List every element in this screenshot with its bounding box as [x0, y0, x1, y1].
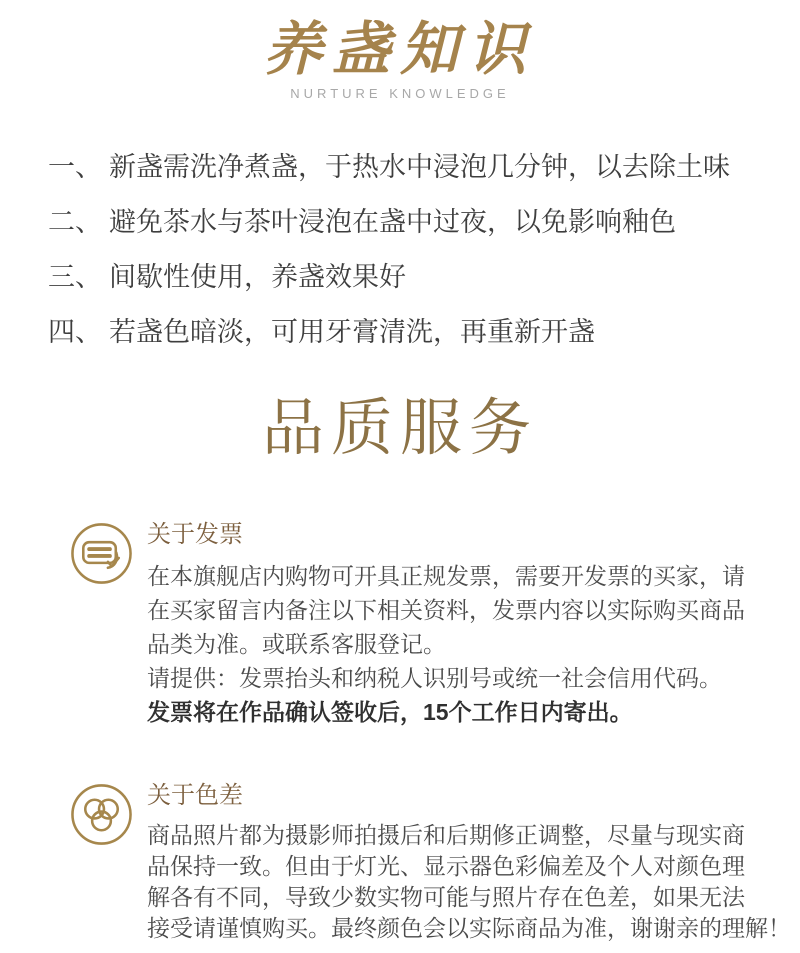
invoice-text-line: 在买家留言内备注以下相关资料，发票内容以实际购买商品 [147, 593, 745, 627]
list-item: 四、 若盏色暗淡，可用牙膏清洗，再重新开盏 [48, 314, 800, 350]
color-difference-section-body: 关于色差 商品照片都为摄影师拍摄后和后期修正调整，尽量与现实商 品保持一致。但由… [147, 781, 791, 944]
product-detail-page: 养盏知识 NURTURE KNOWLEDGE 一、 新盏需洗净煮盏，于热水中浸泡… [0, 0, 800, 953]
tip-text: 若盏色暗淡，可用牙膏清洗，再重新开盏 [109, 314, 595, 350]
tip-number: 一、 [48, 149, 102, 185]
color-difference-section: 关于色差 商品照片都为摄影师拍摄后和后期修正调整，尽量与现实商 品保持一致。但由… [70, 781, 760, 944]
color-difference-text-line: 品保持一致。但由于灯光、显示器色彩偏差及个人对颜色理 [147, 851, 791, 882]
invoice-text-line: 品类为准。或联系客服登记。 [147, 627, 745, 661]
invoice-text-line: 在本旗舰店内购物可开具正规发票，需要开发票的买家，请 [147, 559, 745, 593]
color-difference-text-line: 解各有不同，导致少数实物可能与照片存在色差，如果无法 [147, 882, 791, 913]
color-difference-text-line: 接受请谨慎购买。最终颜色会以实际商品为准，谢谢亲的理解！ [147, 913, 791, 944]
color-difference-heading: 关于色差 [147, 781, 791, 811]
page-title: 养盏知识 [0, 16, 800, 82]
invoice-bold-line: 发票将在作品确认签收后，15个工作日内寄出。 [147, 695, 745, 729]
invoice-section-body: 关于发票 在本旗舰店内购物可开具正规发票，需要开发票的买家，请 在买家留言内备注… [147, 520, 745, 729]
color-difference-text-line: 商品照片都为摄影师拍摄后和后期修正调整，尽量与现实商 [147, 820, 791, 851]
tip-text: 间歇性使用，养盏效果好 [109, 259, 406, 295]
list-item: 一、 新盏需洗净煮盏，于热水中浸泡几分钟，以去除土味 [48, 149, 800, 185]
care-tips-list: 一、 新盏需洗净煮盏，于热水中浸泡几分钟，以去除土味 二、 避免茶水与茶叶浸泡在… [0, 149, 800, 350]
color-circles-icon [70, 783, 133, 846]
quality-service-title: 品质服务 [0, 394, 800, 464]
invoice-heading: 关于发票 [147, 520, 745, 550]
invoice-section: 关于发票 在本旗舰店内购物可开具正规发票，需要开发票的买家，请 在买家留言内备注… [70, 520, 760, 729]
tip-number: 二、 [48, 204, 102, 240]
nurture-knowledge-header: 养盏知识 NURTURE KNOWLEDGE [0, 0, 800, 101]
list-item: 三、 间歇性使用，养盏效果好 [48, 259, 800, 295]
tip-number: 四、 [48, 314, 102, 350]
tip-number: 三、 [48, 259, 102, 295]
page-subtitle: NURTURE KNOWLEDGE [0, 86, 800, 101]
tip-text: 新盏需洗净煮盏，于热水中浸泡几分钟，以去除土味 [109, 149, 730, 185]
invoice-text-line: 请提供：发票抬头和纳税人识别号或统一社会信用代码。 [147, 661, 745, 695]
tip-text: 避免茶水与茶叶浸泡在盏中过夜，以免影响釉色 [109, 204, 676, 240]
invoice-check-icon [70, 522, 133, 585]
list-item: 二、 避免茶水与茶叶浸泡在盏中过夜，以免影响釉色 [48, 204, 800, 240]
